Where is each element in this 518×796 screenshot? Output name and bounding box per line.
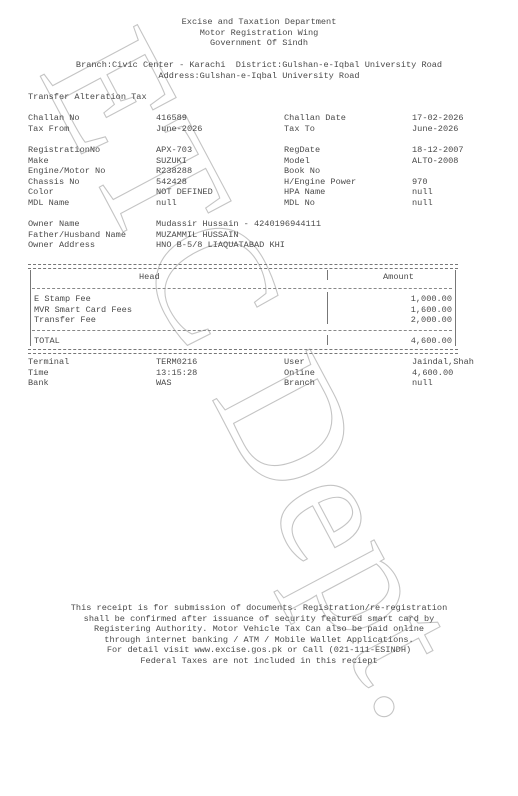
time-value: 13:15:28 bbox=[156, 368, 197, 378]
terminal-label: Terminal bbox=[28, 357, 69, 367]
chassis-no-label: Chassis No bbox=[28, 177, 80, 187]
chassis-no-value: 542428 bbox=[156, 177, 187, 187]
fee-head: Transfer Fee bbox=[34, 315, 96, 326]
owner-address-value: HNO B-5/8 LIAQUATABAD KHI bbox=[156, 240, 285, 250]
model-label: Model bbox=[284, 156, 310, 166]
challan-date-label: Challan Date bbox=[284, 113, 346, 123]
father-name-label: Father/Husband Name bbox=[28, 230, 126, 240]
bank-value: WAS bbox=[156, 378, 171, 388]
registration-no-value: APX-703 bbox=[156, 145, 192, 155]
terminal-value: TERM0216 bbox=[156, 357, 197, 367]
user-value: Jaindal,Shah bbox=[412, 357, 474, 367]
header-separator bbox=[32, 288, 452, 289]
engine-power-label: H/Engine Power bbox=[284, 177, 356, 187]
owner-row-1: Owner Name Mudassir Hussain - 4240196944… bbox=[0, 219, 518, 230]
address-line: Address:Gulshan-e-Iqbal University Road bbox=[0, 71, 518, 82]
engine-no-value: R238288 bbox=[156, 166, 192, 176]
challan-no-label: Challan No bbox=[28, 113, 80, 123]
rows-col-divider bbox=[327, 292, 328, 324]
fee-amount: 1,000.00 bbox=[411, 294, 452, 305]
transaction-row-2: Time 13:15:28 Online 4,600.00 bbox=[0, 368, 518, 379]
table-left-border bbox=[30, 270, 31, 346]
registration-no-label: RegistrationNo bbox=[28, 145, 100, 155]
table-top-rule bbox=[28, 264, 458, 269]
footer-line: Registering Authority. Motor Vehicle Tax… bbox=[0, 624, 518, 635]
mdl-no-value: null bbox=[412, 198, 433, 208]
department-title: Excise and Taxation Department bbox=[0, 17, 518, 28]
user-label: User bbox=[284, 357, 305, 367]
vehicle-row-4: Chassis No 542428 H/Engine Power 970 bbox=[0, 177, 518, 188]
transaction-row-1: Terminal TERM0216 User Jaindal,Shah bbox=[0, 357, 518, 368]
vehicle-row-5: Color NOT DEFINED HPA Name null bbox=[0, 187, 518, 198]
total-col-divider bbox=[327, 335, 328, 345]
color-label: Color bbox=[28, 187, 54, 197]
hpa-name-value: null bbox=[412, 187, 433, 197]
engine-power-value: 970 bbox=[412, 177, 427, 187]
owner-address-label: Owner Address bbox=[28, 240, 95, 250]
fee-head: E Stamp Fee bbox=[34, 294, 91, 305]
total-label: TOTAL bbox=[34, 336, 60, 347]
footer-line: shall be confirmed after issuance of sec… bbox=[0, 614, 518, 625]
mdl-name-label: MDL Name bbox=[28, 198, 69, 208]
online-label: Online bbox=[284, 368, 315, 378]
vehicle-row-1: RegistrationNo APX-703 RegDate 18-12-200… bbox=[0, 145, 518, 156]
owner-name-label: Owner Name bbox=[28, 219, 80, 229]
challan-row-2: Tax From June-2026 Tax To June-2026 bbox=[0, 124, 518, 135]
challan-row-1: Challan No 416589 Challan Date 17-02-202… bbox=[0, 113, 518, 124]
transaction-row-3: Bank WAS Branch null bbox=[0, 378, 518, 389]
hpa-name-label: HPA Name bbox=[284, 187, 325, 197]
total-separator bbox=[32, 330, 452, 331]
branch-value: null bbox=[412, 378, 433, 388]
mdl-name-value: null bbox=[156, 198, 177, 208]
tax-to-value: June-2026 bbox=[412, 124, 458, 134]
branch-line: Branch:Civic Center - Karachi District:G… bbox=[0, 60, 518, 71]
vehicle-row-6: MDL Name null MDL No null bbox=[0, 198, 518, 209]
engine-no-label: Engine/Motor No bbox=[28, 166, 105, 176]
father-name-value: MUZAMMIL HUSSAIN bbox=[156, 230, 239, 240]
vehicle-row-3: Engine/Motor No R238288 Book No bbox=[0, 166, 518, 177]
model-value: ALTO-2008 bbox=[412, 156, 458, 166]
amount-column-header: Amount bbox=[383, 272, 414, 283]
time-label: Time bbox=[28, 368, 49, 378]
mdl-no-label: MDL No bbox=[284, 198, 315, 208]
total-value: 4,600.00 bbox=[411, 336, 452, 347]
bank-label: Bank bbox=[28, 378, 49, 388]
government-title: Government Of Sindh bbox=[0, 38, 518, 49]
table-right-border bbox=[455, 270, 456, 346]
head-column-header: Head bbox=[139, 272, 160, 283]
tax-from-label: Tax From bbox=[28, 124, 69, 134]
branch-label: Branch bbox=[284, 378, 315, 388]
owner-row-3: Owner Address HNO B-5/8 LIAQUATABAD KHI bbox=[0, 240, 518, 251]
footer-line: through internet banking / ATM / Mobile … bbox=[0, 635, 518, 646]
table-bottom-rule bbox=[28, 349, 458, 354]
owner-name-value: Mudassir Hussain - 4240196944111 bbox=[156, 219, 321, 229]
table-col-divider bbox=[327, 270, 328, 280]
footer-line: For detail visit www.excise.gos.pk or Ca… bbox=[0, 645, 518, 656]
wing-title: Motor Registration Wing bbox=[0, 28, 518, 39]
footer-line: This receipt is for submission of docume… bbox=[0, 603, 518, 614]
make-value: SUZUKI bbox=[156, 156, 187, 166]
make-label: Make bbox=[28, 156, 49, 166]
fee-amount: 1,600.00 bbox=[411, 305, 452, 316]
fee-amount: 2,000.00 bbox=[411, 315, 452, 326]
vehicle-row-2: Make SUZUKI Model ALTO-2008 bbox=[0, 156, 518, 167]
fee-head: MVR Smart Card Fees bbox=[34, 305, 132, 316]
owner-row-2: Father/Husband Name MUZAMMIL HUSSAIN bbox=[0, 230, 518, 241]
challan-no-value: 416589 bbox=[156, 113, 187, 123]
tax-to-label: Tax To bbox=[284, 124, 315, 134]
color-value: NOT DEFINED bbox=[156, 187, 213, 197]
footer-line: Federal Taxes are not included in this r… bbox=[0, 656, 518, 667]
tax-from-value: June-2026 bbox=[156, 124, 202, 134]
document-type: Transfer Alteration Tax bbox=[28, 92, 147, 103]
reg-date-label: RegDate bbox=[284, 145, 320, 155]
online-value: 4,600.00 bbox=[412, 368, 453, 378]
reg-date-value: 18-12-2007 bbox=[412, 145, 464, 155]
challan-date-value: 17-02-2026 bbox=[412, 113, 464, 123]
book-no-label: Book No bbox=[284, 166, 320, 176]
